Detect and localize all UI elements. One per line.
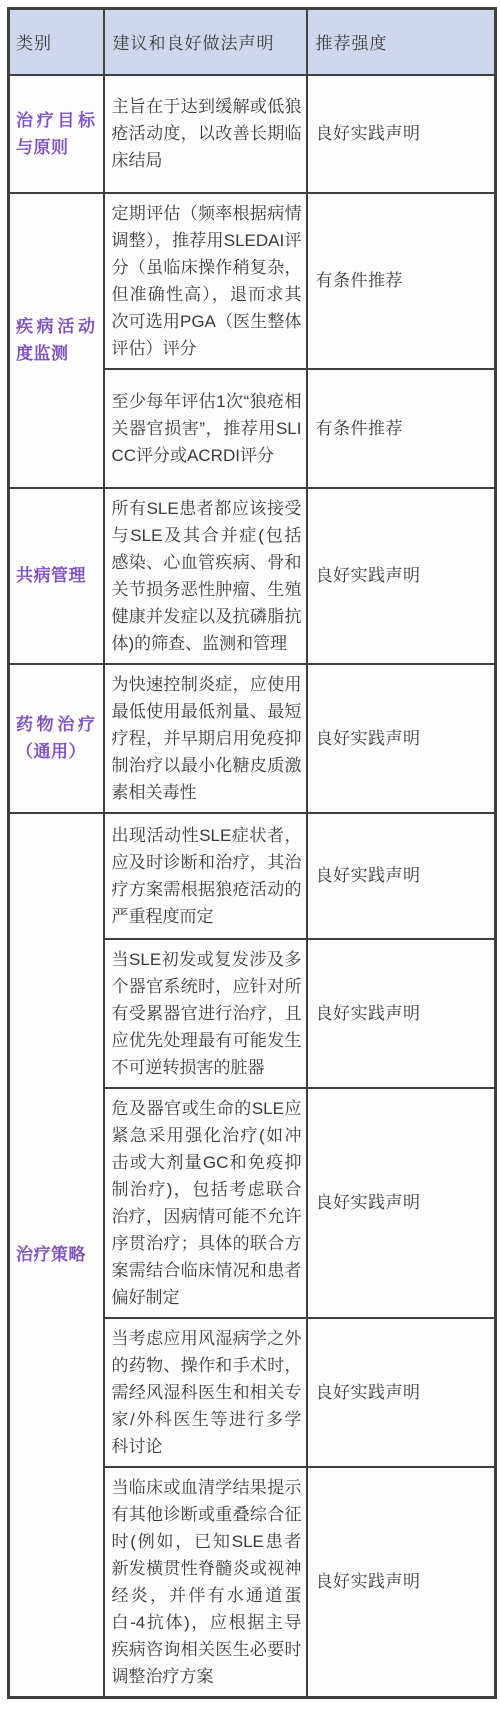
table-row: 药物治疗（通用） 为快速控制炎症，应使用最低使用最低剂量、最短疗程，并早期启用免… (9, 664, 496, 813)
category-comorbidity-management: 共病管理 (9, 488, 104, 664)
strength-cell: 良好实践声明 (307, 1318, 496, 1467)
recommendation-cell: 当SLE初发或复发涉及多个器官系统时，应针对所有受累器官进行治疗，且应优先处理最… (104, 939, 307, 1088)
recommendation-cell: 危及器官或生命的SLE应紧急采用强化治疗(如冲击或大剂量GC和免疫抑制治疗)，包… (104, 1088, 307, 1318)
strength-cell: 有条件推荐 (307, 369, 496, 488)
category-disease-activity-monitoring: 疾病活动度监测 (9, 193, 104, 488)
recommendation-cell: 主旨在于达到缓解或低狼疮活动度，以改善长期临床结局 (104, 75, 307, 193)
table-row: 治疗目标与原则 主旨在于达到缓解或低狼疮活动度，以改善长期临床结局 良好实践声明 (9, 75, 496, 193)
column-header-recommendation: 建议和良好做法声明 (104, 9, 307, 75)
recommendations-table: 类别 建议和良好做法声明 推荐强度 治疗目标与原则 主旨在于达到缓解或低狼疮活动… (7, 7, 497, 1699)
strength-cell: 良好实践声明 (307, 813, 496, 939)
column-header-category: 类别 (9, 9, 104, 75)
column-header-strength: 推荐强度 (307, 9, 496, 75)
strength-cell: 良好实践声明 (307, 1467, 496, 1698)
category-treatment-goals-principles: 治疗目标与原则 (9, 75, 104, 193)
table-header-row: 类别 建议和良好做法声明 推荐强度 (9, 9, 496, 75)
table-row: 共病管理 所有SLE患者都应该接受与SLE及其合并症(包括感染、心血管疾病、骨和… (9, 488, 496, 664)
recommendation-cell: 出现活动性SLE症状者，应及时诊断和治疗，其治疗方案需根据狼疮活动的严重程度而定 (104, 813, 307, 939)
table-row: 治疗策略 出现活动性SLE症状者，应及时诊断和治疗，其治疗方案需根据狼疮活动的严… (9, 813, 496, 939)
recommendation-cell: 当考虑应用风湿病学之外的药物、操作和手术时，需经风湿科医生和相关专家/外科医生等… (104, 1318, 307, 1467)
recommendation-cell: 为快速控制炎症，应使用最低使用最低剂量、最短疗程，并早期启用免疫抑制治疗以最小化… (104, 664, 307, 813)
table-row: 疾病活动度监测 定期评估（频率根据病情调整），推荐用SLEDAI评分（虽临床操作… (9, 193, 496, 369)
recommendation-cell: 所有SLE患者都应该接受与SLE及其合并症(包括感染、心血管疾病、骨和关节损务恶… (104, 488, 307, 664)
strength-cell: 良好实践声明 (307, 1088, 496, 1318)
category-treatment-strategy: 治疗策略 (9, 813, 104, 1698)
strength-cell: 良好实践声明 (307, 664, 496, 813)
recommendation-cell: 至少每年评估1次“狼疮相关器官损害”，推荐用SLICC评分或ACRDI评分 (104, 369, 307, 488)
recommendation-cell: 当临床或血清学结果提示有其他诊断或重叠综合征时(例如，已知SLE患者新发横贯性脊… (104, 1467, 307, 1698)
strength-cell: 良好实践声明 (307, 488, 496, 664)
strength-cell: 有条件推荐 (307, 193, 496, 369)
strength-cell: 良好实践声明 (307, 75, 496, 193)
recommendation-cell: 定期评估（频率根据病情调整），推荐用SLEDAI评分（虽临床操作稍复杂，但准确性… (104, 193, 307, 369)
page: 类别 建议和良好做法声明 推荐强度 治疗目标与原则 主旨在于达到缓解或低狼疮活动… (0, 0, 500, 1711)
strength-cell: 良好实践声明 (307, 939, 496, 1088)
category-drug-therapy-general: 药物治疗（通用） (9, 664, 104, 813)
